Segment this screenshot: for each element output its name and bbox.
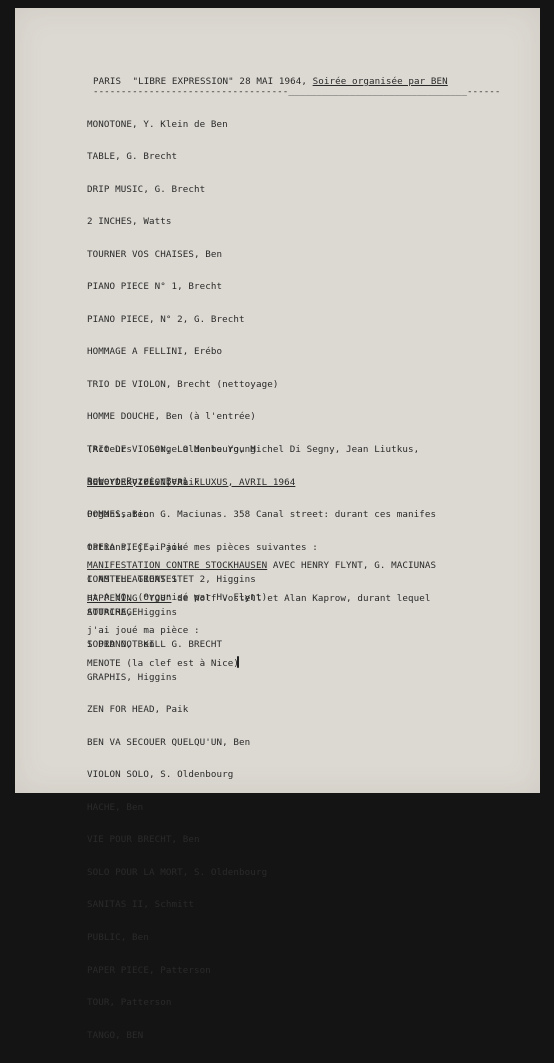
program-item: BEN VA SECOUER QUELQU'UN, Ben <box>87 738 278 749</box>
new-york-line: Organisation G. Maciunas. 358 Canal stre… <box>87 510 436 521</box>
program-item: PIANO PIECE, N° 2, G. Brecht <box>87 315 278 326</box>
program-item: TRIO DE VIOLON, Brecht (nettoyage) <box>87 380 278 391</box>
stockhausen-heading-rest: AVEC HENRY FLYNT, G. MACIUNAS <box>267 560 436 571</box>
happening-heading-rest: de Wolf Vostell et Alan Kaprow, durant l… <box>171 593 430 604</box>
program-item: HOMMAGE A FELLINI, Erébo <box>87 347 278 358</box>
stockhausen-heading: MANIFESTATION CONTRE STOCKHAUSEN <box>87 560 267 571</box>
document-page: PARIS "LIBRE EXPRESSION" 28 MAI 1964, So… <box>15 8 540 793</box>
program-item: ZEN FOR HEAD, Paik <box>87 705 278 716</box>
ink-mark <box>237 656 239 668</box>
program-item: TOURNER VOS CHAISES, Ben <box>87 250 278 261</box>
program-item: HOMME DOUCHE, Ben (à l'entrée) <box>87 412 278 423</box>
program-item: VIOLON SOLO, S. Oldenbourg <box>87 770 278 781</box>
program-item: TABLE, G. Brecht <box>87 152 278 163</box>
happening-heading: HAPPENING "YOU" <box>87 593 171 604</box>
program-item: MONOTONE, Y. Klein de Ben <box>87 120 278 131</box>
program-item: PIANO PIECE N° 1, Brecht <box>87 282 278 293</box>
happening-line: MENOTE (la clef est à Nice) <box>87 659 431 670</box>
actors-line: (Acteurs : Serge Oldenbourg, Michel Di S… <box>87 445 419 456</box>
new-york-heading: NEW YORK, FESTIVAL FLUXUS, AVRIL 1964 <box>87 478 436 489</box>
program-item: 2 INCHES, Watts <box>87 217 278 228</box>
header-rule: -----------------------------------_____… <box>93 87 500 98</box>
happening-section: HAPPENING "YOU" de Wolf Vostell et Alan … <box>87 572 431 691</box>
happening-line: j'ai joué ma pièce : <box>87 626 431 637</box>
program-item: DRIP MUSIC, G. Brecht <box>87 185 278 196</box>
